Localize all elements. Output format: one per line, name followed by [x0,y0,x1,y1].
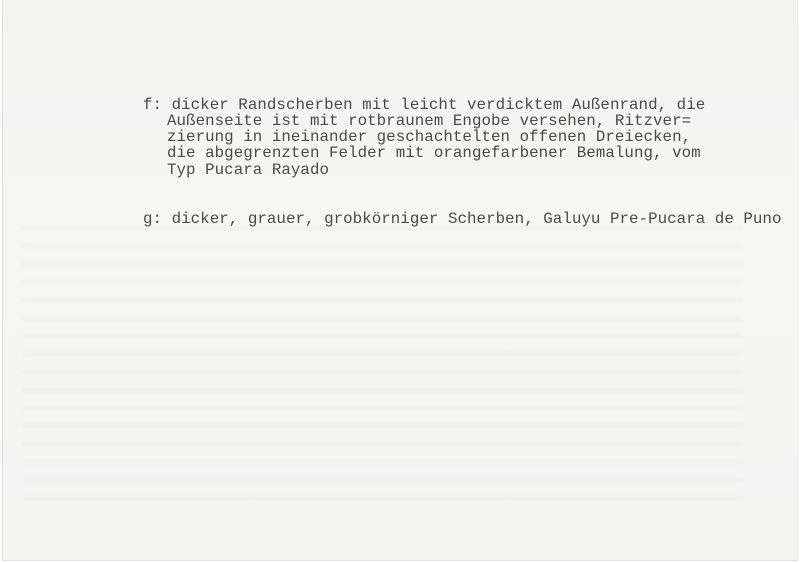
entry-label: g: [143,210,162,228]
entry-continuation-line: die abgegrenzten Felder mit orangefarben… [143,145,782,161]
entry-continuation-line: Außenseite ist mit rotbraunem Engobe ver… [143,113,782,129]
entry-f: f: dicker Randscherben mit leicht verdic… [143,97,782,178]
typed-text-block: f: dicker Randscherben mit leicht verdic… [143,64,782,243]
entry-g: g: dicker, grauer, grobkörniger Scherben… [143,211,782,227]
show-through-text [23,215,743,515]
entry-first-line: dicker, grauer, grobkörniger Scherben, G… [172,210,782,228]
entry-label: f: [143,96,162,114]
entry-continuation-line: zierung in ineinander geschachtelten off… [143,129,782,145]
entry-first-line: dicker Randscherben mit leicht verdickte… [172,96,706,114]
entry-continuation-line: Typ Pucara Rayado [143,162,782,178]
